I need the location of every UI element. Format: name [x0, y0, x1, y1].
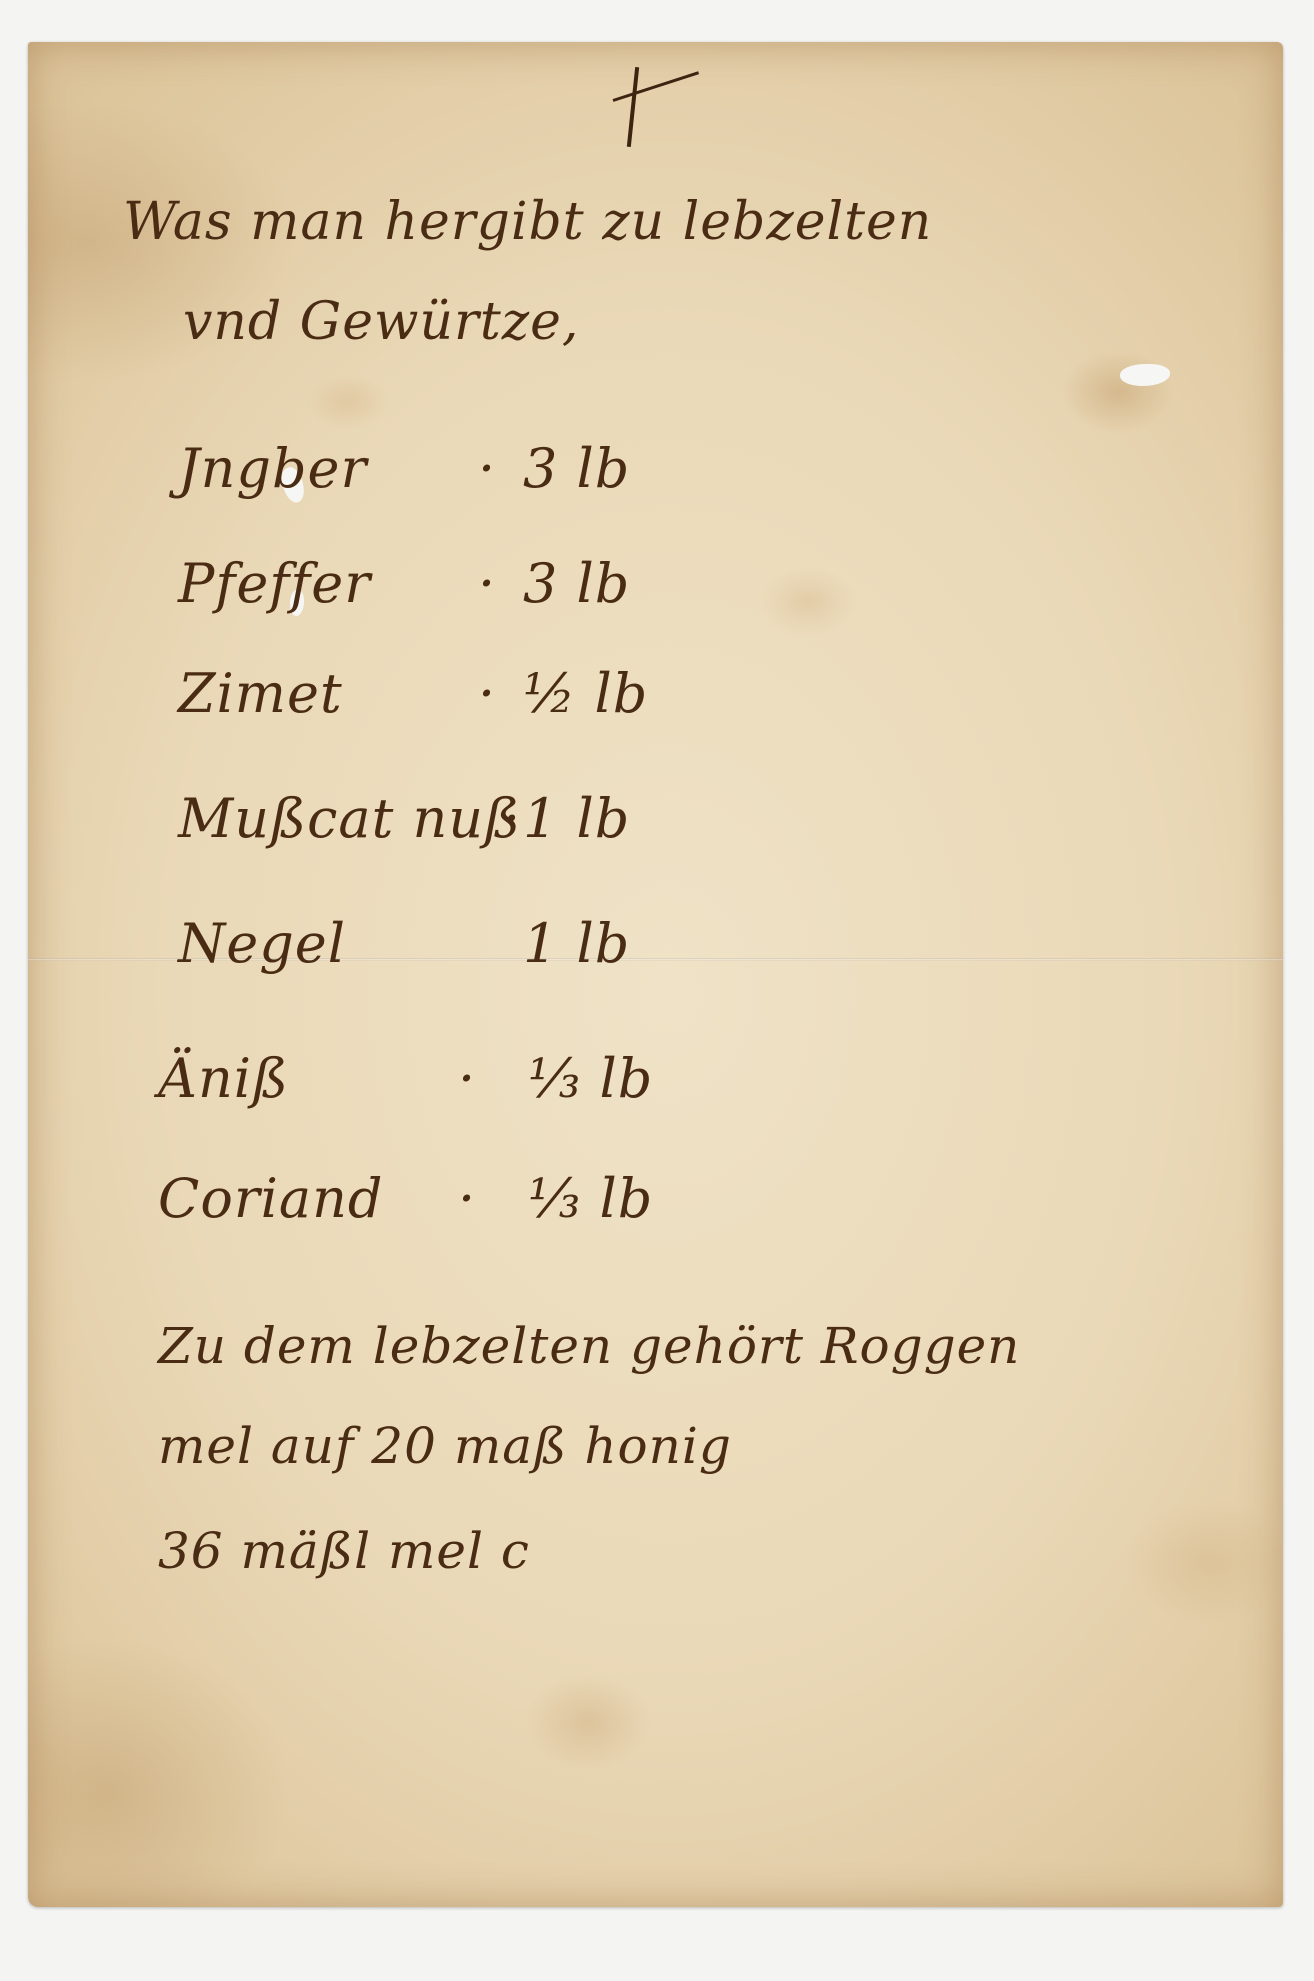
manuscript-page: Was man hergibt zu lebzelten vnd Gewürtz… [28, 42, 1283, 1907]
heading-line-2: vnd Gewürtze, [183, 292, 579, 352]
item-separator: · [478, 662, 496, 725]
item-name: Coriand [158, 1167, 383, 1230]
item-quantity: ⅓ lb [528, 1167, 653, 1230]
item-quantity: ½ lb [523, 662, 648, 725]
item-name: Zimet [178, 662, 343, 725]
item-name: Äniß [158, 1047, 289, 1110]
item-separator: · [478, 437, 496, 500]
list-item: Coriand · ⅓ lb [158, 1167, 778, 1230]
list-item: Mußcat nuß · 1 lb [178, 787, 798, 850]
item-name: Negel [178, 912, 346, 975]
item-quantity: 1 lb [523, 912, 630, 975]
list-item: Äniß · ⅓ lb [158, 1047, 778, 1110]
list-item: Zimet · ½ lb [178, 662, 778, 725]
item-separator: · [458, 1047, 476, 1110]
item-quantity: 3 lb [523, 437, 630, 500]
item-separator: · [478, 552, 496, 615]
closing-line-1: Zu dem lebzelten gehört Roggen [158, 1317, 1020, 1375]
item-quantity: ⅓ lb [528, 1047, 653, 1110]
paper-hole [1120, 364, 1170, 386]
item-separator: · [503, 787, 521, 850]
closing-line-3: 36 mäßl mel c [158, 1522, 530, 1580]
closing-line-2: mel auf 20 maß honig [158, 1417, 732, 1475]
list-item: Negel 1 lb [178, 912, 778, 975]
list-item: Pfeffer · 3 lb [178, 552, 778, 615]
item-separator: · [458, 1167, 476, 1230]
list-item: Jngber · 3 lb [178, 437, 778, 500]
item-quantity: 3 lb [523, 552, 630, 615]
heading-line-1: Was man hergibt zu lebzelten [123, 192, 932, 252]
item-name: Pfeffer [178, 552, 371, 615]
item-name: Jngber [178, 437, 367, 500]
item-name: Mußcat nuß [178, 787, 521, 850]
cross-mark-icon [603, 67, 663, 147]
item-quantity: 1 lb [523, 787, 630, 850]
